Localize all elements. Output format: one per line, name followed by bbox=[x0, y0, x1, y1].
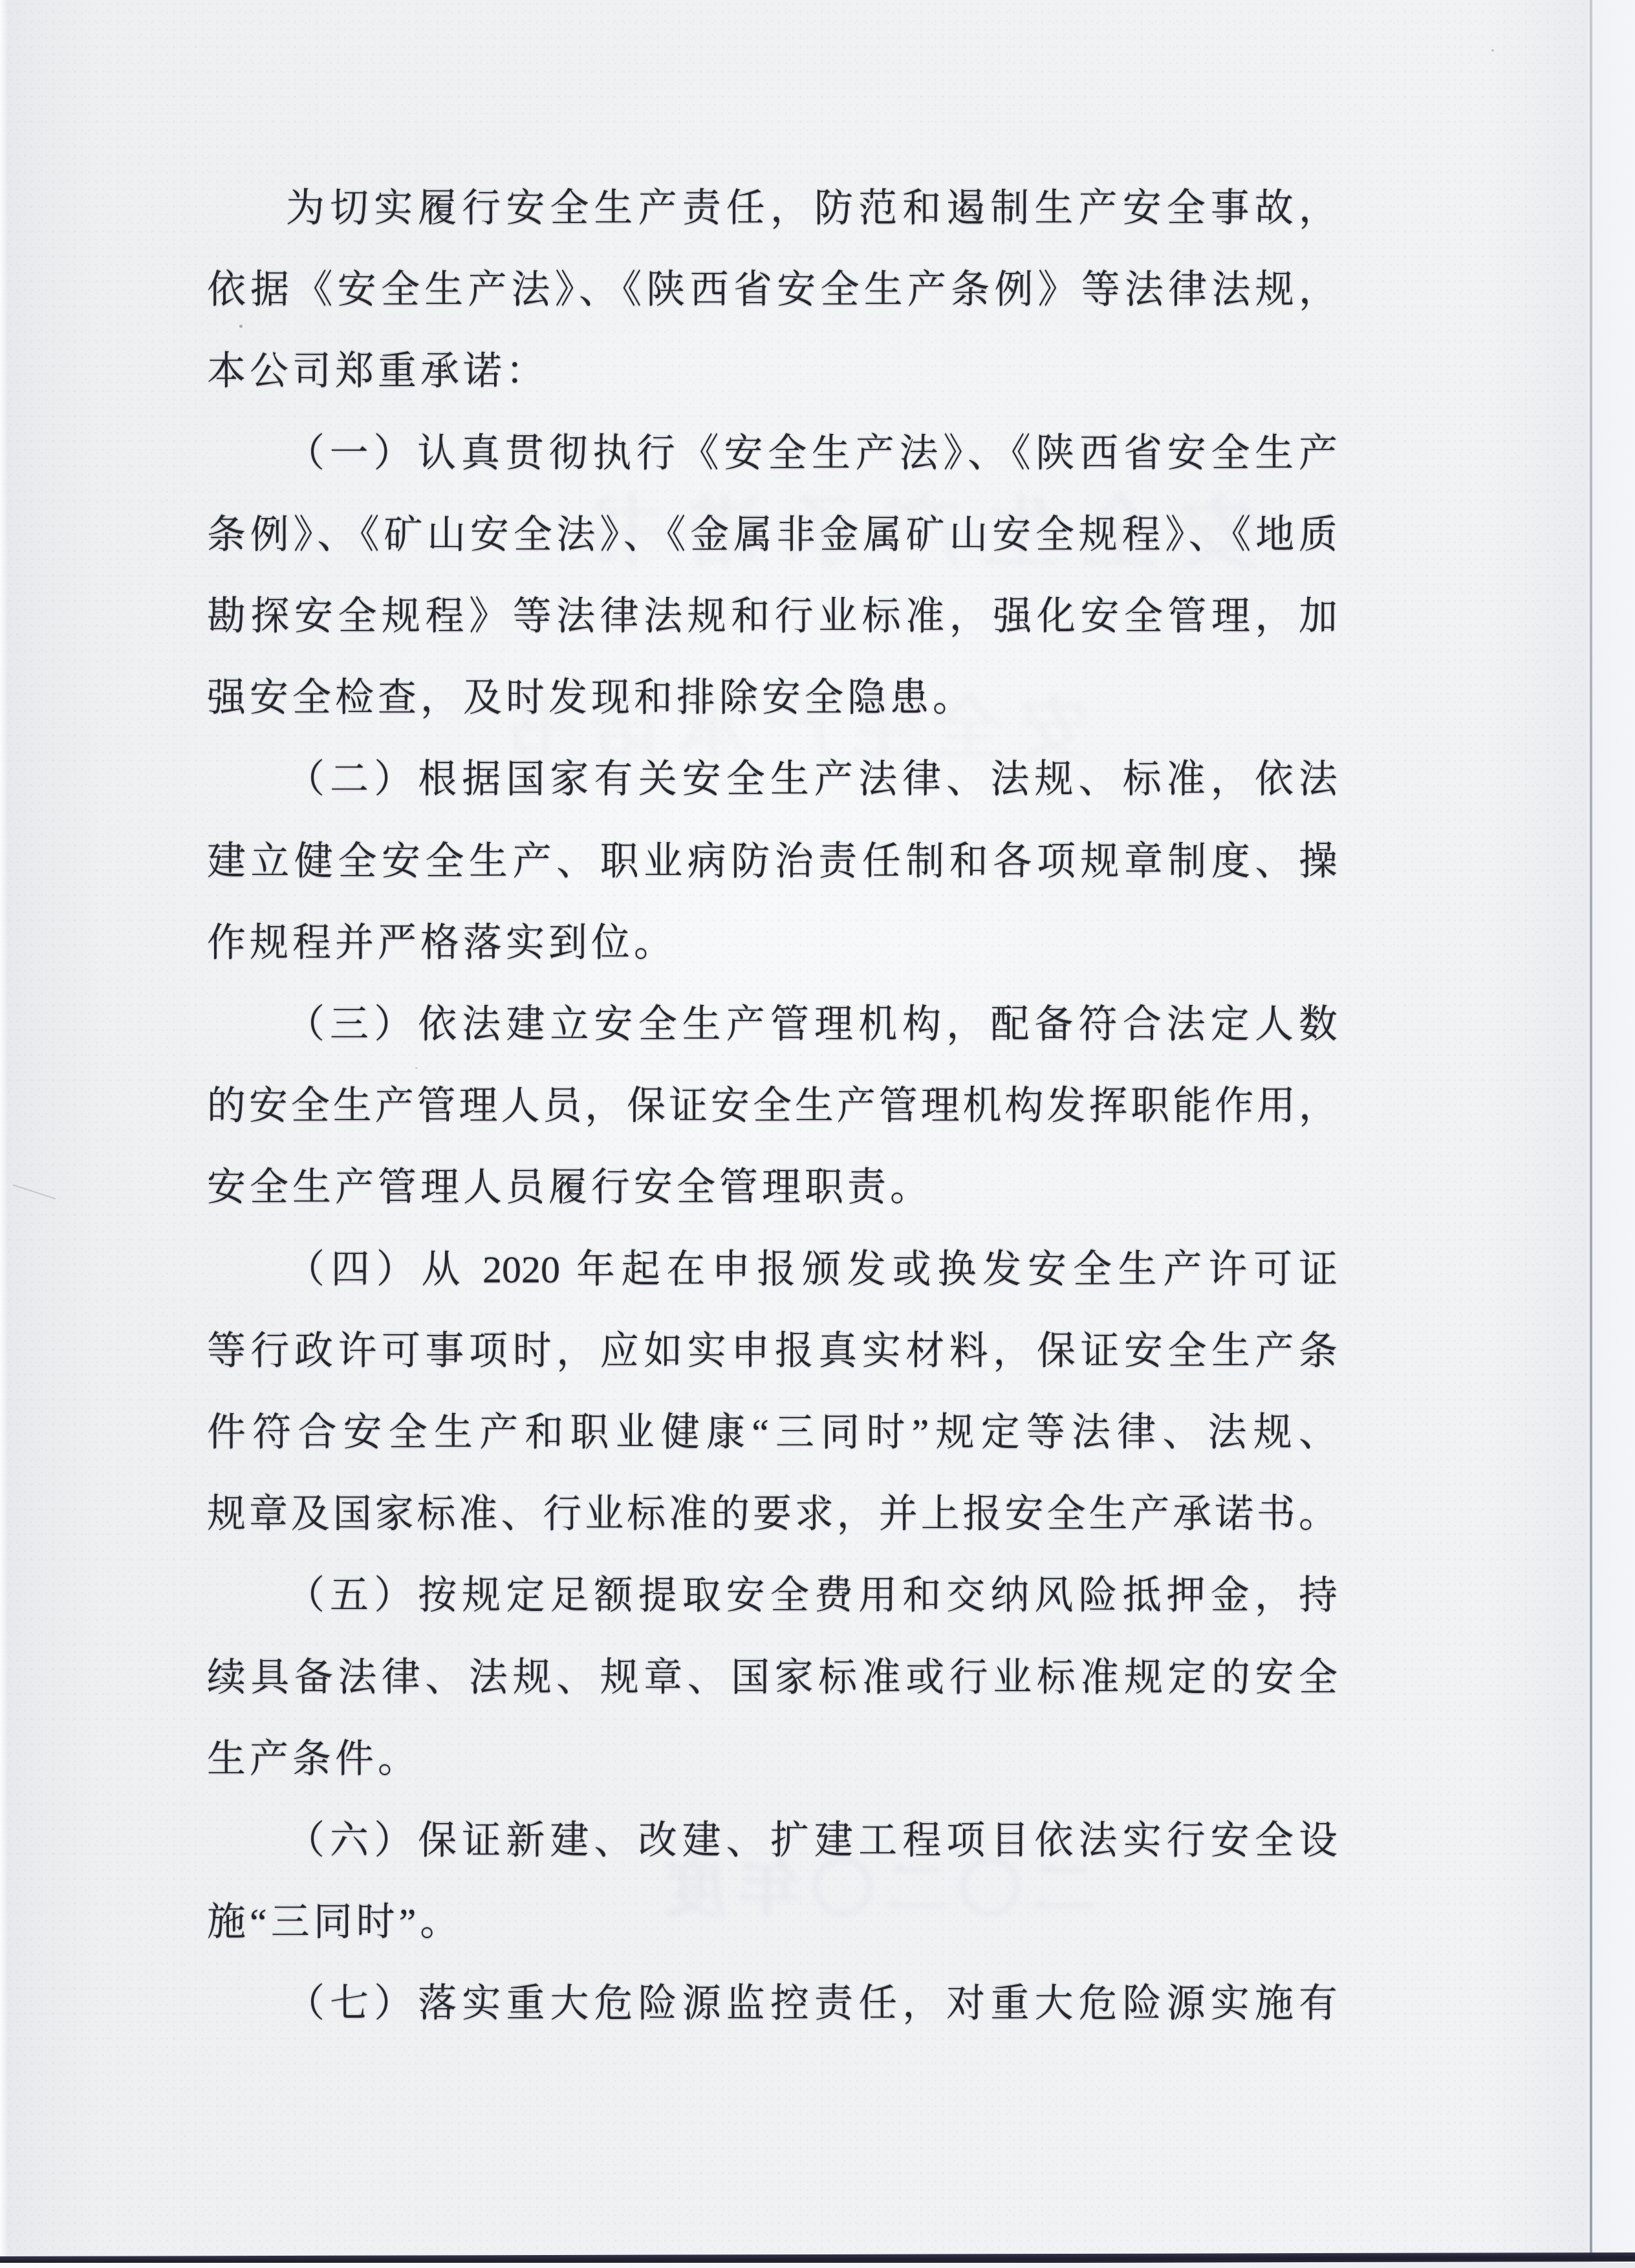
document-text-block: 为切实履行安全生产责任，防范和遏制生产安全事故，依据《安全生产法》、《陕西省安全… bbox=[207, 0, 1337, 2268]
text-line: 为切实履行安全生产责任，防范和遏制生产安全事故， bbox=[207, 167, 1337, 249]
text-line: 件符合安全生产和职业健康“三同时”规定等法律、法规、 bbox=[207, 1392, 1337, 1473]
text-line: （六）保证新建、改建、扩建工程项目依法实行安全设 bbox=[207, 1800, 1337, 1881]
text-line: 安全生产管理人员履行安全管理职责。 bbox=[207, 1147, 1337, 1228]
text-line: 续具备法律、法规、规章、国家标准或行业标准规定的安全 bbox=[207, 1637, 1337, 1718]
text-line: 作规程并严格落实到位。 bbox=[207, 902, 1337, 984]
scan-speck bbox=[415, 1067, 418, 1069]
scan-speck bbox=[239, 325, 243, 328]
text-line: 施“三同时”。 bbox=[207, 1881, 1337, 1963]
text-line: 建立健全安全生产、职业病防治责任制和各项规章制度、操 bbox=[207, 821, 1337, 902]
text-line: 规章及国家标准、行业标准的要求，并上报安全生产承诺书。 bbox=[207, 1473, 1337, 1555]
scanner-background-right bbox=[1592, 0, 1635, 2268]
paper-right-edge bbox=[1590, 0, 1592, 2262]
scanner-background-bottom bbox=[0, 2263, 1635, 2268]
scanner-left-edge-highlight bbox=[0, 0, 8, 2268]
text-line: 勘探安全规程》等法律法规和行业标准，强化安全管理，加 bbox=[207, 576, 1337, 657]
text-line: （一）认真贯彻执行《安全生产法》、《陕西省安全生产 bbox=[207, 413, 1337, 494]
text-line: 生产条件。 bbox=[207, 1718, 1337, 1800]
scanned-page: 安全生产承诺书 安全生产承诺书 二〇二〇年度 为切实履行安全生产责任，防范和遏制… bbox=[0, 0, 1635, 2268]
text-line: 本公司郑重承诺： bbox=[207, 330, 1337, 412]
text-line: （三）依法建立安全生产管理机构，配备符合法定人数 bbox=[207, 984, 1337, 1065]
text-line: 依据《安全生产法》、《陕西省安全生产条例》等法律法规， bbox=[207, 249, 1337, 330]
text-line: 等行政许可事项时，应如实申报真实材料，保证安全生产条 bbox=[207, 1310, 1337, 1392]
text-line: 的安全生产管理人员，保证安全生产管理机构发挥职能作用， bbox=[207, 1065, 1337, 1147]
text-line: （四）从 2020 年起在申报颁发或换发安全生产许可证 bbox=[207, 1229, 1337, 1310]
scan-speck bbox=[1491, 49, 1494, 52]
text-line: 强安全检查，及时发现和排除安全隐患。 bbox=[207, 657, 1337, 739]
text-line: 条例》、《矿山安全法》、《金属非金属矿山安全规程》、《地质 bbox=[207, 494, 1337, 576]
text-line: （二）根据国家有关安全生产法律、法规、标准，依法 bbox=[207, 739, 1337, 820]
text-line: （七）落实重大危险源监控责任，对重大危险源实施有 bbox=[207, 1963, 1337, 2044]
text-line: （五）按规定足额提取安全费用和交纳风险抵押金，持 bbox=[207, 1555, 1337, 1636]
